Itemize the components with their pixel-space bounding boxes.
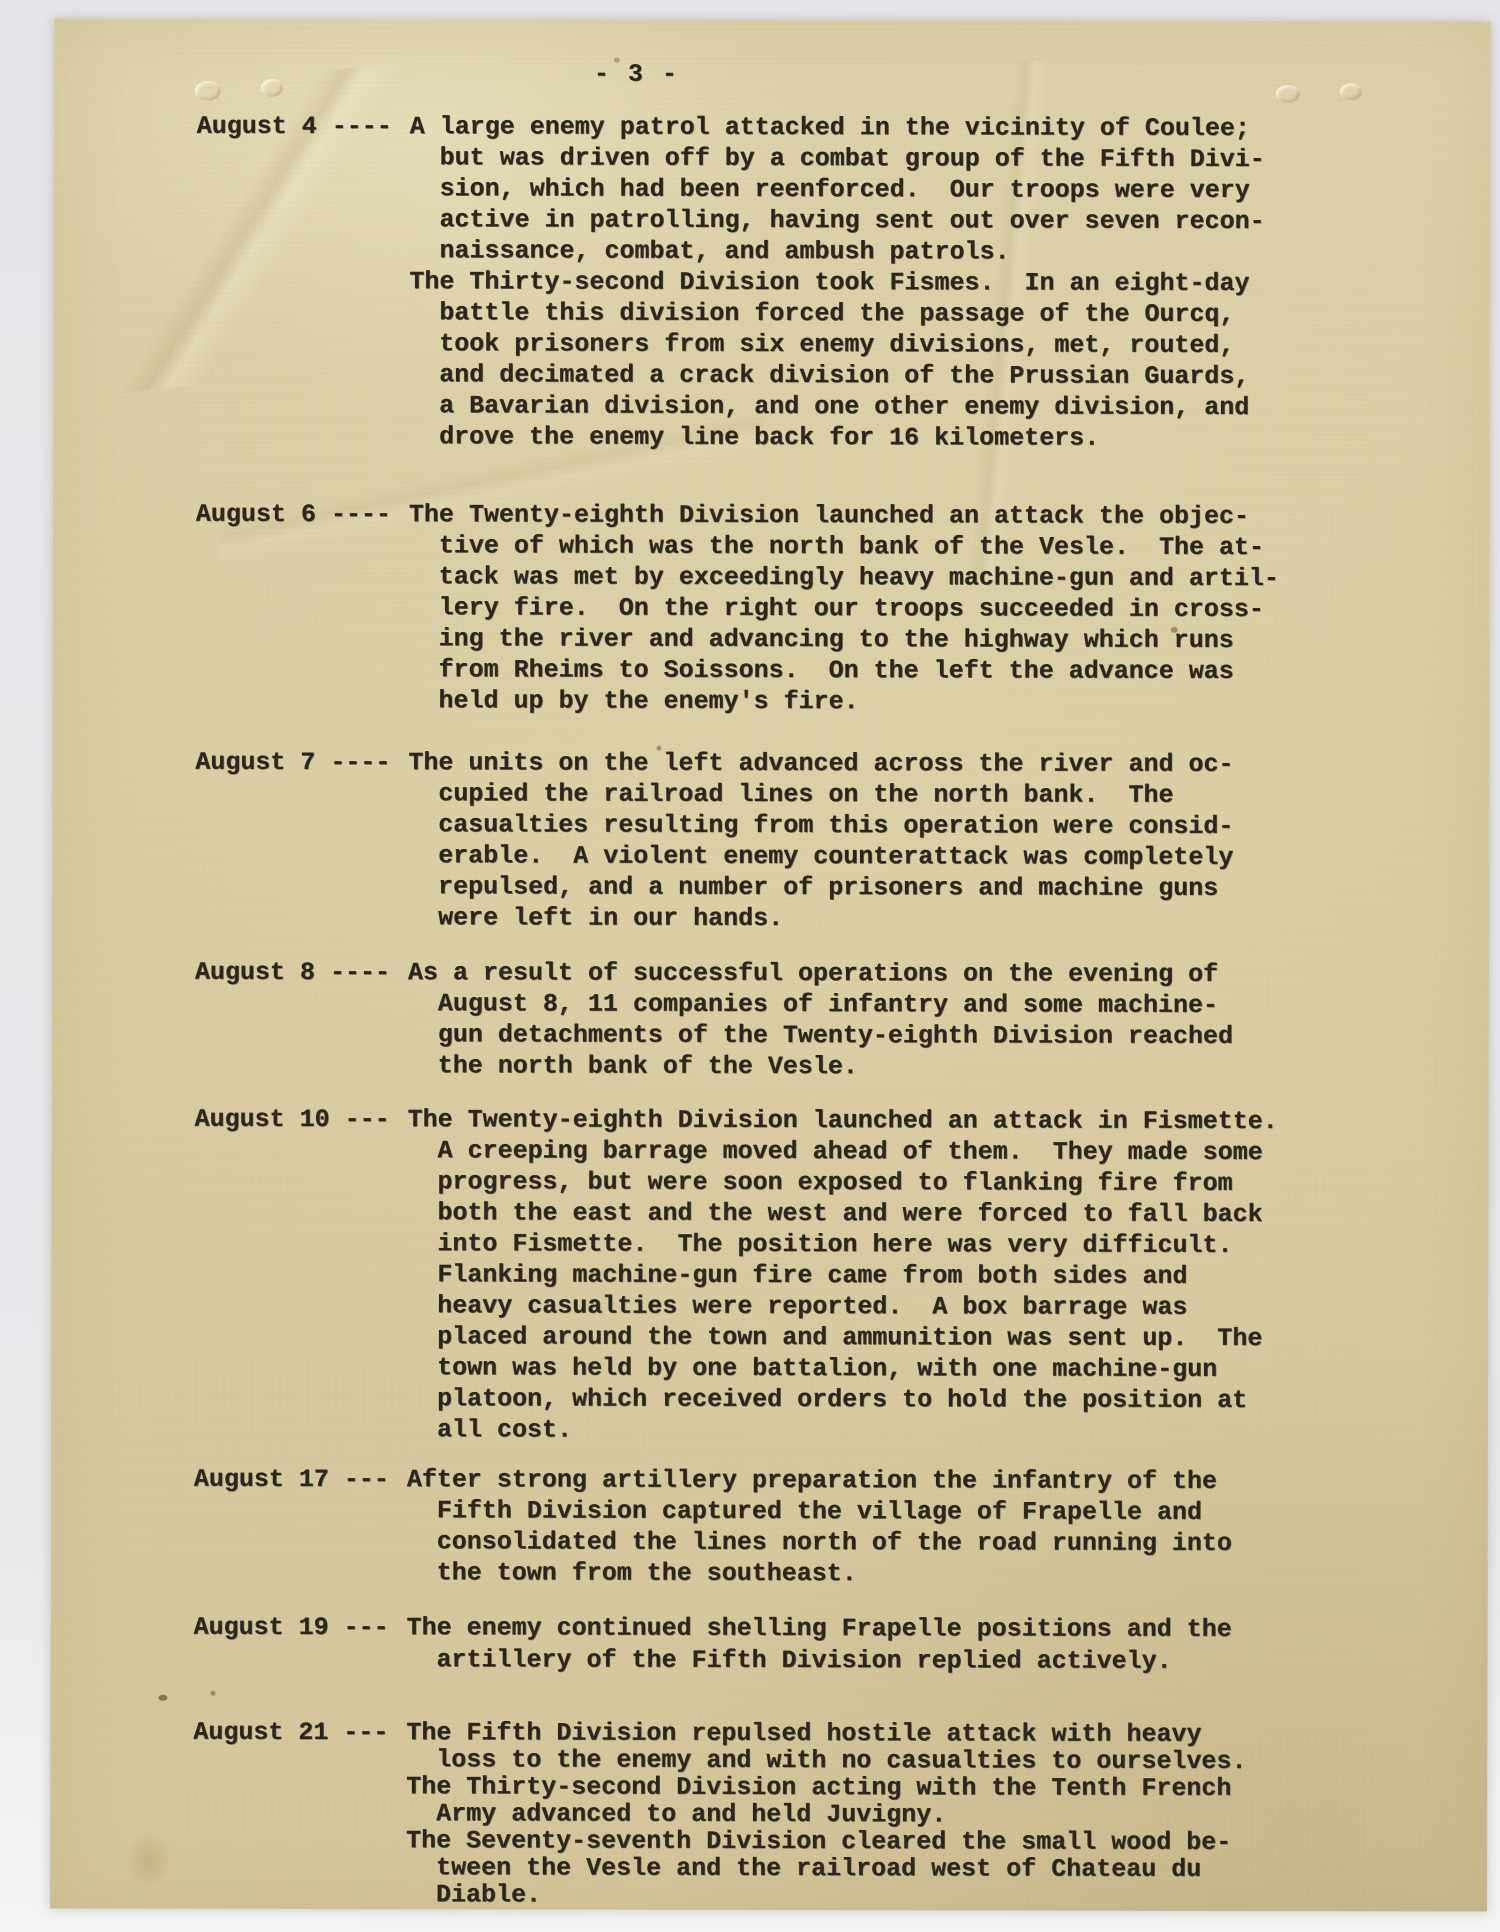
entry-body: As a result of successful operations on … xyxy=(408,957,1489,1083)
entry-body: The Twenty-eighth Division launched an a… xyxy=(409,499,1490,718)
scan-background: - 3 - August 4 ----A large enemy patrol … xyxy=(0,0,1500,1932)
entry-text-line: held up by the enemy's fire. xyxy=(409,685,1490,718)
entry-text-line: progress, but were soon exposed to flank… xyxy=(408,1166,1489,1199)
entry-text-line: the town from the southeast. xyxy=(407,1557,1488,1590)
entry-text-line: August 8, 11 companies of infantry and s… xyxy=(408,988,1489,1021)
entry-text-line: cupied the railroad lines on the north b… xyxy=(408,778,1489,811)
entry-date-label: August 21 --- xyxy=(193,1719,388,1746)
entry-text-line: sion, which had been reenforced. Our tro… xyxy=(410,173,1491,206)
entry-text-line: both the east and the west and were forc… xyxy=(407,1197,1488,1230)
entry-text-line: The Twenty-eighth Division launched an a… xyxy=(408,1104,1489,1137)
entry-date-label: August 8 ---- xyxy=(195,957,390,988)
paper-speck xyxy=(158,1695,167,1701)
entry-date-label: August 10 --- xyxy=(195,1104,390,1135)
entry-text-line: After strong artillery preparation the i… xyxy=(407,1464,1488,1497)
entry-text-line: consolidated the lines north of the road… xyxy=(407,1526,1488,1559)
diary-entry: August 19 ---The enemy continued shellin… xyxy=(51,1611,1488,1678)
entry-text-line: The Thirty-second Division acting with t… xyxy=(406,1773,1487,1802)
emboss-mark xyxy=(1276,85,1300,103)
diary-entry: August 8 ----As a result of successful o… xyxy=(52,956,1489,1083)
page-number: - 3 - xyxy=(594,60,679,89)
entry-text-line: the north bank of the Vesle. xyxy=(408,1050,1489,1083)
entry-date-label: August 7 ---- xyxy=(195,747,390,778)
document-page: - 3 - August 4 ----A large enemy patrol … xyxy=(50,18,1491,1911)
entry-text-line: and decimated a crack division of the Pr… xyxy=(409,359,1490,392)
entry-text-line: casualties resulting from this operation… xyxy=(408,809,1489,842)
diary-entry: August 6 ----The Twenty-eighth Division … xyxy=(53,498,1490,718)
entry-date-label: August 6 ---- xyxy=(196,499,391,530)
entry-date-label: August 19 --- xyxy=(194,1612,389,1644)
entry-text-line: active in patrolling, having sent out ov… xyxy=(410,204,1491,237)
entry-date-label: August 17 --- xyxy=(194,1464,389,1495)
entry-text-line: artillery of the Fifth Division replied … xyxy=(407,1644,1488,1678)
entry-text-line: took prisoners from six enemy divisions,… xyxy=(409,328,1490,361)
entry-text-line: heavy casualties were reported. A box ba… xyxy=(407,1290,1488,1323)
entry-text-line: gun detachments of the Twenty-eighth Div… xyxy=(408,1019,1489,1052)
entry-text-line: Fifth Division captured the village of F… xyxy=(407,1495,1488,1528)
entry-text-line: but was driven off by a combat group of … xyxy=(410,142,1491,175)
entry-text-line: A large enemy patrol attacked in the vic… xyxy=(410,111,1491,144)
entry-body: The units on the left advanced across th… xyxy=(408,747,1489,935)
emboss-mark xyxy=(195,81,221,101)
entry-text-line: A creeping barrage moved ahead of them. … xyxy=(408,1135,1489,1168)
emboss-mark xyxy=(261,79,283,97)
entry-text-line: Army advanced to and held Juvigny. xyxy=(406,1800,1487,1829)
entry-text-line: platoon, which received orders to hold t… xyxy=(407,1383,1488,1416)
entry-text-line: tive of which was the north bank of the … xyxy=(409,530,1490,563)
entry-text-line: repulsed, and a number of prisoners and … xyxy=(408,871,1489,904)
diary-entries: August 4 ----A large enemy patrol attack… xyxy=(54,18,1491,21)
entry-text-line: The units on the left advanced across th… xyxy=(408,747,1489,780)
diary-entry: August 21 ---The Fifth Division repulsed… xyxy=(50,1718,1487,1910)
entry-body: The enemy continued shelling Frapelle po… xyxy=(407,1612,1488,1678)
entry-text-line: erable. A violent enemy counterattack wa… xyxy=(408,840,1489,873)
entry-body: The Fifth Division repulsed hostile atta… xyxy=(406,1719,1487,1910)
entry-text-line: all cost. xyxy=(407,1414,1488,1447)
entry-text-line: town was held by one battalion, with one… xyxy=(407,1352,1488,1385)
entry-text-line: The Seventy-seventh Division cleared the… xyxy=(406,1827,1487,1856)
entry-text-line: naissance, combat, and ambush patrols. xyxy=(409,235,1490,268)
entry-text-line: The Fifth Division repulsed hostile atta… xyxy=(406,1719,1487,1748)
entry-text-line: tween the Vesle and the railroad west of… xyxy=(406,1854,1487,1883)
entry-text-line: loss to the enemy and with no casualties… xyxy=(406,1746,1487,1775)
entry-body: After strong artillery preparation the i… xyxy=(407,1464,1488,1590)
diary-entry: August 17 ---After strong artillery prep… xyxy=(51,1463,1488,1590)
entry-body: A large enemy patrol attacked in the vic… xyxy=(409,111,1491,454)
diary-entry: August 10 ---The Twenty-eighth Division … xyxy=(51,1103,1489,1447)
diary-entry: August 7 ----The units on the left advan… xyxy=(52,746,1489,935)
entry-text-line: battle this division forced the passage … xyxy=(409,297,1490,330)
entry-text-line: from Rheims to Soissons. On the left the… xyxy=(409,654,1490,687)
entry-text-line: ing the river and advancing to the highw… xyxy=(409,623,1490,656)
entry-text-line: drove the enemy line back for 16 kilomet… xyxy=(409,421,1490,454)
entry-text-line: into Fismette. The position here was ver… xyxy=(407,1228,1488,1261)
entry-text-line: The Twenty-eighth Division launched an a… xyxy=(409,499,1490,532)
entry-body: The Twenty-eighth Division launched an a… xyxy=(407,1104,1489,1447)
entry-text-line: lery fire. On the right our troops succe… xyxy=(409,592,1490,625)
entry-text-line: tack was met by exceedingly heavy machin… xyxy=(409,561,1490,594)
diary-entry: August 4 ----A large enemy patrol attack… xyxy=(53,110,1491,454)
entry-text-line: placed around the town and ammunition wa… xyxy=(407,1321,1488,1354)
entry-text-line: Flanking machine-gun fire came from both… xyxy=(407,1259,1488,1292)
entry-text-line: The Thirty-second Division took Fismes. … xyxy=(409,266,1490,299)
paper-speck xyxy=(210,1691,215,1696)
entry-text-line: Diable. xyxy=(406,1881,1487,1910)
entry-text-line: As a result of successful operations on … xyxy=(408,957,1489,990)
entry-text-line: were left in our hands. xyxy=(408,902,1489,935)
entry-text-line: a Bavarian division, and one other enemy… xyxy=(409,390,1490,423)
emboss-mark xyxy=(1340,83,1362,100)
entry-text-line: The enemy continued shelling Frapelle po… xyxy=(407,1612,1488,1646)
entry-date-label: August 4 ---- xyxy=(197,111,392,142)
